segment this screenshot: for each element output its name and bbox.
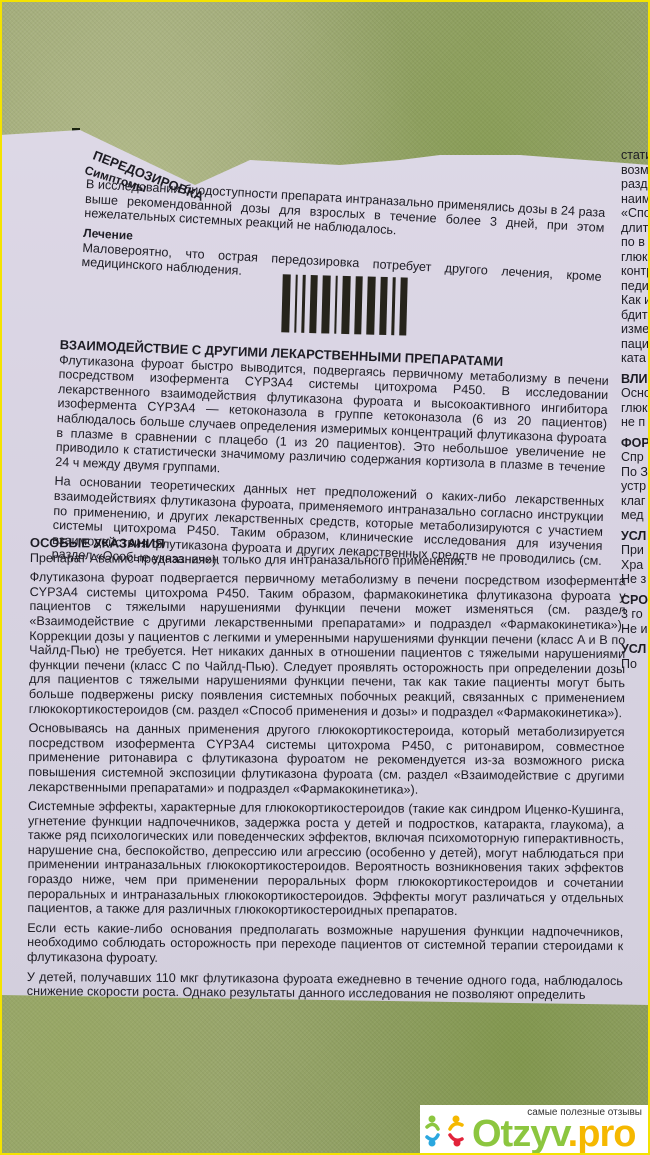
otzyv-watermark: самые полезные отзывы Otzyv.pro bbox=[420, 1105, 650, 1155]
right-column-line: ката bbox=[621, 351, 650, 366]
special-paragraph: Препарат Авамис предназначен только для … bbox=[30, 551, 626, 570]
right-column-line: ФОР bbox=[621, 436, 650, 451]
brand-main: Otzyv bbox=[472, 1113, 568, 1155]
right-column-line: ВЛИ bbox=[621, 372, 650, 387]
right-column-line: При bbox=[621, 543, 650, 558]
right-column-line: Осно bbox=[621, 386, 650, 401]
special-paragraph: Основываясь на данных применения другого… bbox=[28, 721, 624, 798]
special-instructions-section: ОСОБЫЕ УКАЗАНИЯ Препарат Авамис предназн… bbox=[27, 536, 626, 1008]
right-column-line: ПР bbox=[621, 677, 650, 678]
barcode bbox=[281, 274, 412, 335]
special-paragraph: У детей, получавших 110 мкг флутиказона … bbox=[27, 970, 623, 1003]
interactions-paragraph: Флутиказона фуроат быстро выводится, под… bbox=[55, 353, 609, 491]
right-column-line: глюко bbox=[621, 250, 650, 265]
right-column-line: педи bbox=[621, 279, 650, 294]
right-column-line: по в bbox=[621, 235, 650, 250]
right-column-line: Не з bbox=[621, 572, 650, 587]
watermark-brand: Otzyv.pro bbox=[472, 1114, 635, 1154]
right-column-line: «Спос bbox=[621, 206, 650, 221]
photo-scene: ПЕРЕДОЗИРОВКА Симптомы В исследовании би… bbox=[0, 0, 650, 1155]
right-column-line: мед bbox=[621, 508, 650, 523]
right-column-line: устр bbox=[621, 479, 650, 494]
right-column-line: разде bbox=[621, 177, 650, 192]
right-column-line: контр bbox=[621, 264, 650, 279]
special-paragraph: Системные эффекты, характерные для глюко… bbox=[27, 799, 624, 920]
right-column-line: СРО bbox=[621, 593, 650, 608]
right-column-line: наимо bbox=[621, 192, 650, 207]
right-column-line: По З bbox=[621, 465, 650, 480]
right-column-line: паци bbox=[621, 337, 650, 352]
special-paragraph: Флутиказона фуроат подвергается первично… bbox=[29, 570, 626, 720]
right-column-line: стати bbox=[621, 148, 650, 163]
right-column-line: изме bbox=[621, 322, 650, 337]
brand-suffix: .pro bbox=[568, 1113, 636, 1155]
right-column-line: Хра bbox=[621, 558, 650, 573]
right-column-line: УСЛ bbox=[621, 642, 650, 657]
right-column-fragment: стативозморазденаимо«Спосдлитепо вглюкок… bbox=[621, 148, 650, 678]
right-column-line: клаг bbox=[621, 494, 650, 509]
right-column-line: возмо bbox=[621, 163, 650, 178]
right-column-line: Спр bbox=[621, 450, 650, 465]
right-column-line: По bbox=[621, 657, 650, 672]
otzyv-logo-icon bbox=[424, 1113, 466, 1151]
right-column-line: Не и bbox=[621, 622, 650, 637]
right-column-line: бдит bbox=[621, 308, 650, 323]
right-column-line: не п bbox=[621, 415, 650, 430]
right-column-line: 3 го bbox=[621, 607, 650, 622]
right-column-line: глюк bbox=[621, 401, 650, 416]
right-column-line: длите bbox=[621, 221, 650, 236]
right-column-line: Как и bbox=[621, 293, 650, 308]
special-paragraph: Если есть какие-либо основания предполаг… bbox=[27, 921, 623, 969]
right-column-line: УСЛ bbox=[621, 529, 650, 544]
